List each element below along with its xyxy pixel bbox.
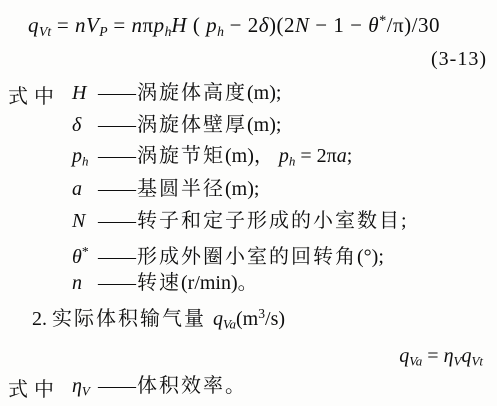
definition-symbol-H: H (72, 80, 98, 106)
definition-desc-a: 基圆半径(m); (137, 176, 259, 202)
definition-item-theta: θ* —— 形成外圈小室的回转角(°); (72, 239, 384, 270)
definition-dash: —— (98, 80, 134, 106)
definition-desc-delta: 涡旋体壁厚(m); (137, 112, 281, 138)
definition-dash: —— (98, 244, 134, 270)
definition-item-n: n —— 转速(r/min)。 (72, 270, 260, 296)
definition-dash: —— (98, 143, 134, 169)
definition-dash: —— (98, 270, 134, 296)
definition-desc-H: 涡旋体高度(m); (137, 80, 281, 106)
definition-desc-n: 转速(r/min)。 (137, 270, 260, 296)
definition-desc-theta: 形成外圈小室的回转角(°); (137, 244, 384, 270)
definition-dash: —— (98, 208, 134, 234)
section-2-heading-text: 2. 实际体积输气量 qVa(m3/s) (32, 308, 285, 330)
definition-item-etaV: ηV —— 体积效率。 (72, 373, 247, 405)
equation-actual-flow: qVa = ηVqVt (399, 343, 483, 375)
section-2-heading: 2. 实际体积输气量 qVa(m3/s) (32, 301, 285, 337)
equation-number: (3-13) (431, 46, 487, 72)
definition-symbol-theta: θ* (72, 239, 98, 270)
definition-item-delta: δ —— 涡旋体壁厚(m); (72, 112, 281, 138)
definition-desc-N: 转子和定子形成的小室数目; (137, 208, 407, 234)
definition-symbol-a: a (72, 176, 98, 202)
where-label-1: 式中 (8, 80, 60, 109)
definition-symbol-etaV: ηV (72, 373, 98, 405)
document-page: qVt = nVP = nπphH ( ph − 2δ)(2N − 1 − θ*… (0, 0, 497, 406)
definition-item-ph: ph —— 涡旋节矩(m)， ph = 2πa; (72, 143, 352, 175)
definition-item-N: N —— 转子和定子形成的小室数目; (72, 208, 407, 234)
definition-item-H: H —— 涡旋体高度(m); (72, 80, 281, 106)
definition-dash: —— (98, 373, 134, 399)
definition-item-a: a —— 基圆半径(m); (72, 176, 259, 202)
definition-symbol-n: n (72, 270, 98, 296)
equation-volumetric-flow-math: qVt = nVP = nπphH ( ph − 2δ)(2N − 1 − θ*… (28, 13, 440, 37)
equation-volumetric-flow: qVt = nVP = nπphH ( ph − 2δ)(2N − 1 − θ*… (28, 8, 440, 45)
definition-symbol-ph: ph (72, 143, 98, 175)
definition-desc-ph: 涡旋节矩(m)， ph = 2πa; (137, 143, 352, 175)
where-label-2: 式中 (8, 373, 60, 402)
definition-dash: —— (98, 176, 134, 202)
definition-symbol-N: N (72, 208, 98, 234)
equation-actual-flow-math: qVa = ηVqVt (399, 345, 483, 367)
definition-desc-etaV: 体积效率。 (137, 373, 247, 399)
definition-dash: —— (98, 112, 134, 138)
definition-symbol-delta: δ (72, 112, 98, 138)
